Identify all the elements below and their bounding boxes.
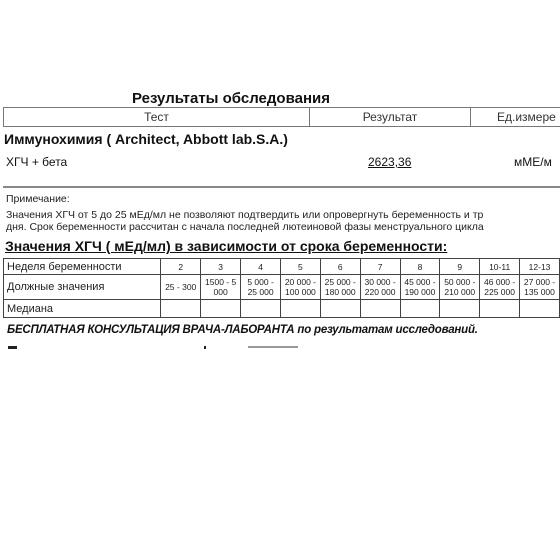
week-cell: 12-13 bbox=[520, 259, 560, 275]
expected-value-cell: 50 000 -210 000 bbox=[440, 275, 480, 300]
expected-value-line: 220 000 bbox=[361, 287, 400, 297]
median-cell bbox=[440, 300, 480, 318]
median-cell bbox=[241, 300, 281, 318]
median-cell bbox=[360, 300, 400, 318]
results-table-header: Тест Результат Ед.измере bbox=[3, 107, 560, 127]
note-label: Примечание: bbox=[6, 193, 70, 205]
divider bbox=[3, 186, 560, 188]
week-cell: 5 bbox=[281, 259, 321, 275]
week-cell: 8 bbox=[400, 259, 440, 275]
expected-value-line: 25 000 bbox=[241, 287, 280, 297]
test-name: ХГЧ + бета bbox=[6, 155, 67, 169]
expected-value-cell: 46 000 -225 000 bbox=[480, 275, 520, 300]
median-cell bbox=[400, 300, 440, 318]
expected-value-line: 5 000 - bbox=[241, 277, 280, 287]
expected-value-cell: 20 000 -100 000 bbox=[281, 275, 321, 300]
expected-value-cell: 30 000 -220 000 bbox=[360, 275, 400, 300]
expected-value-line: 25 - 300 bbox=[161, 282, 200, 292]
table-row-expected: Должные значения 25 - 3001500 - 50005 00… bbox=[4, 275, 560, 300]
document-title: Результаты обследования bbox=[132, 90, 330, 107]
expected-value-line: 100 000 bbox=[281, 287, 320, 297]
expected-value-line: 1500 - 5 bbox=[201, 277, 240, 287]
cut-off-text bbox=[248, 346, 298, 348]
expected-value-line: 190 000 bbox=[401, 287, 440, 297]
week-cell: 9 bbox=[440, 259, 480, 275]
note-line-2: дня. Срок беременности рассчитан с начал… bbox=[6, 221, 484, 233]
expected-value-cell: 45 000 -190 000 bbox=[400, 275, 440, 300]
table-row-weeks: Неделя беременности 2345678910-1112-13 bbox=[4, 259, 560, 275]
week-cell: 10-11 bbox=[480, 259, 520, 275]
expected-value-line: 180 000 bbox=[321, 287, 360, 297]
median-cell bbox=[281, 300, 321, 318]
test-result: 2623,36 bbox=[368, 155, 411, 169]
median-cell bbox=[161, 300, 201, 318]
note-text: Значения ХГЧ от 5 до 25 мЕд/мл не позвол… bbox=[6, 209, 484, 233]
expected-value-cell: 25 - 300 bbox=[161, 275, 201, 300]
expected-value-line: 27 000 - bbox=[520, 277, 559, 287]
section-title: Иммунохимия ( Architect, Abbott lab.S.A.… bbox=[4, 131, 288, 147]
row-label: Должные значения bbox=[4, 275, 161, 300]
hcg-table: Неделя беременности 2345678910-1112-13 Д… bbox=[3, 258, 560, 318]
median-cell bbox=[520, 300, 560, 318]
test-unit: мМЕ/м bbox=[514, 155, 552, 169]
expected-value-line: 50 000 - bbox=[440, 277, 479, 287]
expected-value-cell: 25 000 -180 000 bbox=[320, 275, 360, 300]
week-cell: 7 bbox=[360, 259, 400, 275]
expected-value-line: 25 000 - bbox=[321, 277, 360, 287]
header-result: Результат bbox=[310, 108, 471, 126]
expected-value-line: 30 000 - bbox=[361, 277, 400, 287]
hcg-table-title: Значения ХГЧ ( мЕд/мл) в зависимости от … bbox=[5, 238, 447, 254]
cut-off-text bbox=[204, 346, 206, 349]
consultation-note: БЕСПЛАТНАЯ КОНСУЛЬТАЦИЯ ВРАЧА-ЛАБОРАНТА … bbox=[7, 324, 478, 336]
week-cell: 3 bbox=[201, 259, 241, 275]
week-cell: 2 bbox=[161, 259, 201, 275]
note-line-1: Значения ХГЧ от 5 до 25 мЕд/мл не позвол… bbox=[6, 209, 484, 221]
expected-value-line: 45 000 - bbox=[401, 277, 440, 287]
expected-value-line: 20 000 - bbox=[281, 277, 320, 287]
expected-value-cell: 1500 - 5000 bbox=[201, 275, 241, 300]
expected-value-cell: 27 000 -135 000 bbox=[520, 275, 560, 300]
cut-off-text bbox=[8, 346, 17, 349]
header-test: Тест bbox=[4, 108, 310, 126]
expected-value-line: 000 bbox=[201, 287, 240, 297]
expected-value-line: 210 000 bbox=[440, 287, 479, 297]
median-cell bbox=[201, 300, 241, 318]
expected-value-line: 135 000 bbox=[520, 287, 559, 297]
row-label: Неделя беременности bbox=[4, 259, 161, 275]
expected-value-line: 46 000 - bbox=[480, 277, 519, 287]
week-cell: 4 bbox=[241, 259, 281, 275]
week-cell: 6 bbox=[320, 259, 360, 275]
expected-value-cell: 5 000 -25 000 bbox=[241, 275, 281, 300]
row-label: Медиана bbox=[4, 300, 161, 318]
median-cell bbox=[480, 300, 520, 318]
header-unit: Ед.измере bbox=[471, 108, 560, 126]
table-row-median: Медиана bbox=[4, 300, 560, 318]
expected-value-line: 225 000 bbox=[480, 287, 519, 297]
median-cell bbox=[320, 300, 360, 318]
